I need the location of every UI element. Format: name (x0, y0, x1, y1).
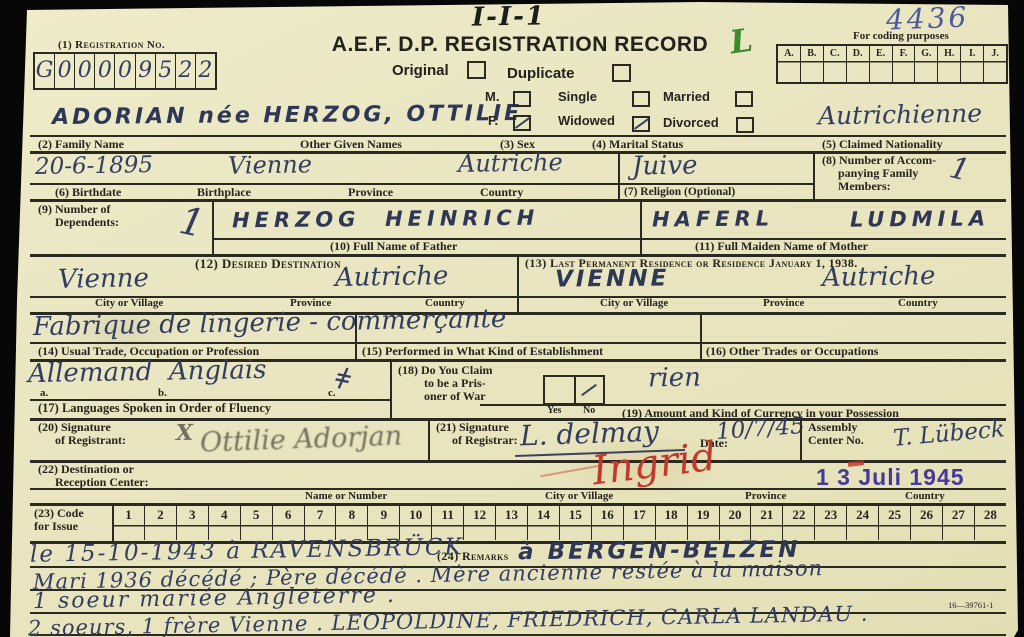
birthdate-label: (6) Birthdate (55, 186, 121, 199)
rule (30, 183, 813, 185)
coding-cell: A. (778, 46, 801, 82)
code-issue-cell: 15 (560, 504, 592, 540)
coding-cell: C. (824, 46, 847, 82)
registration-no-cell: 2 (196, 54, 215, 88)
green-check-mark: L (727, 21, 755, 62)
rec-province-label: Province (745, 491, 786, 503)
code-issue-cell: 2 (145, 504, 177, 540)
code-issue-cell: 17 (624, 504, 656, 540)
languages-label: (17) Languages Spoken in Order of Fluenc… (38, 402, 271, 415)
duplicate-checkbox (612, 64, 631, 82)
pow-label-2: to be a Pris- (424, 377, 486, 390)
widowed-check-mark (634, 119, 649, 130)
code-issue-cell: 27 (943, 504, 975, 540)
residence-country-handwriting: Autriche (822, 261, 936, 293)
sex-m-label: M. (485, 90, 499, 104)
dest-city-label: City or Village (95, 298, 163, 310)
mother-name-handwriting-1: HAFERL (652, 206, 774, 231)
code-issue-cell: 8 (336, 504, 368, 540)
coding-cell: I. (961, 46, 984, 82)
father-name-handwriting: HERZOG HEINRICH (232, 206, 540, 233)
code-issue-grid: 1234567891011121314151617181920212223242… (113, 504, 1006, 540)
pow-label-3: oner of War (424, 390, 486, 403)
form-print-number: 16—39761-1 (948, 601, 993, 610)
birthplace-handwriting: Vienne (228, 150, 312, 179)
code-issue-cell: 25 (879, 504, 911, 540)
father-label: (10) Full Name of Father (330, 240, 457, 253)
assembly-label-2: Center No. (808, 434, 864, 447)
name-or-number-label: Name or Number (305, 491, 387, 503)
single-checkbox (632, 91, 650, 107)
sex-m-checkbox (513, 91, 531, 107)
registrar-sig-label-2: of Registrar: (452, 434, 518, 447)
rule (30, 488, 1006, 490)
code-issue-cell: 19 (688, 504, 720, 540)
birth-country-handwriting: Autriche (458, 148, 563, 178)
code-issue-cell: 4 (209, 504, 241, 540)
country-label: Country (480, 186, 523, 199)
code-issue-cell: 16 (592, 504, 624, 540)
rec-city-label: City or Village (545, 491, 613, 503)
divider (618, 151, 620, 199)
registration-no-grid: G00009522 (33, 52, 217, 90)
lang-b-label: b. (158, 388, 167, 400)
single-label: Single (558, 90, 597, 104)
date-stamp: 1 3 Juli 1945 (816, 464, 965, 491)
reception-label-2: Reception Center: (55, 476, 149, 489)
widowed-checkbox (632, 116, 650, 132)
form-title: A.E.F. D.P. REGISTRATION RECORD (292, 33, 748, 57)
religion-handwriting: Juive (632, 150, 698, 181)
code-issue-cell: 5 (241, 504, 273, 540)
province-label: Province (348, 186, 393, 199)
res-country-label: Country (898, 298, 938, 310)
assembly-label-1: Assembly (808, 421, 857, 434)
birthdate-handwriting: 20-6-1895 (35, 152, 153, 180)
rule (30, 296, 1006, 298)
lang-a-label: a. (40, 388, 48, 400)
pow-no-mark (581, 378, 599, 400)
destination-country-handwriting: Autriche (335, 261, 449, 293)
other-trades-label: (16) Other Trades or Occupations (706, 345, 878, 358)
registration-no-cell: 9 (136, 54, 156, 88)
code-issue-cell: 21 (751, 504, 783, 540)
coding-grid: A.B.C.D.E.F.G.H.I.J. (776, 44, 1008, 84)
accompanying-label-1: (8) Number of Accom- (822, 154, 936, 167)
mother-name-handwriting-2: LUDMILA (850, 206, 990, 231)
divider (640, 199, 642, 254)
divorced-label: Divorced (663, 116, 719, 130)
divider (813, 151, 815, 199)
registration-no-cell: 2 (176, 54, 196, 88)
claimed-nationality-label: (5) Claimed Nationality (822, 138, 943, 151)
rule (30, 199, 1006, 202)
birthplace-label: Birthplace (197, 186, 251, 199)
family-name-label: (2) Family Name (38, 138, 124, 151)
registrant-sig-label-2: of Registrant: (55, 434, 126, 447)
languages-handwriting: Allemand Anglais (28, 355, 267, 389)
divider (700, 312, 702, 359)
divider (800, 418, 802, 460)
code-issue-cell: 3 (177, 504, 209, 540)
name-handwriting: ADORIAN née HERZOG, OTTILIE (52, 101, 522, 130)
coding-purposes-label: For coding purposes (853, 31, 949, 43)
registration-no-cell: 0 (115, 54, 135, 88)
performed-label: (15) Performed in What Kind of Establish… (362, 345, 603, 358)
dependents-label-1: (9) Number of (38, 203, 110, 216)
other-given-names-label: Other Given Names (300, 138, 402, 151)
res-province-label: Province (763, 298, 804, 310)
code-issue-cell: 28 (975, 504, 1006, 540)
divider (428, 418, 430, 460)
sex-f-check-mark (515, 118, 530, 129)
registrant-x-mark: X (176, 420, 194, 446)
religion-label: (7) Religion (Optional) (624, 186, 735, 198)
coding-cell: G. (915, 46, 938, 82)
rec-country-label: Country (905, 491, 945, 503)
code-issue-cell: 20 (720, 504, 752, 540)
code-issue-cell: 1 (113, 504, 145, 540)
nationality-handwriting: Autrichienne (818, 99, 983, 131)
accompanying-label-3: Members: (838, 180, 891, 193)
married-label: Married (663, 90, 710, 104)
divorced-checkbox (736, 117, 754, 133)
registration-no-cell: 0 (95, 54, 115, 88)
coding-cell: J. (984, 46, 1006, 82)
scanned-registration-form: (1) Registration No. G00009522 I-I-1 443… (0, 0, 1024, 637)
code-issue-cell: 14 (528, 504, 560, 540)
marital-status-label: (4) Marital Status (592, 138, 683, 151)
destination-city-handwriting: Vienne (58, 263, 149, 295)
registration-no-cell: 5 (156, 54, 176, 88)
residence-city-handwriting: VIENNE (555, 266, 670, 293)
code-issue-cell: 26 (911, 504, 943, 540)
desired-destination-label: (12) Desired Destination (195, 257, 341, 271)
code-issue-label-1: (23) Code (34, 507, 84, 520)
code-issue-cell: 18 (656, 504, 688, 540)
res-city-label: City or Village (600, 298, 668, 310)
original-checkbox (467, 61, 486, 79)
dependents-label-2: Dependents: (55, 216, 119, 229)
pow-box-divider (574, 375, 576, 405)
code-issue-cell: 24 (847, 504, 879, 540)
code-issue-cell: 7 (305, 504, 337, 540)
accompanying-label-2: panying Family (838, 167, 918, 180)
code-issue-label-2: for Issue (34, 520, 78, 533)
original-label: Original (392, 62, 449, 79)
registration-no-cell: 0 (55, 54, 75, 88)
coding-cell: D. (847, 46, 870, 82)
mother-label: (11) Full Maiden Name of Mother (695, 240, 868, 253)
coding-cell: H. (938, 46, 961, 82)
duplicate-label: Duplicate (507, 65, 575, 82)
widowed-label: Widowed (558, 114, 615, 128)
pow-yes-label: Yes (547, 406, 561, 417)
coding-cell: F. (893, 46, 916, 82)
registrant-sig-label-1: (20) Signature (38, 421, 111, 434)
divider (355, 312, 357, 359)
coding-cell: B. (801, 46, 824, 82)
pow-label-1: (18) Do You Claim (398, 364, 493, 377)
code-issue-cell: 22 (783, 504, 815, 540)
code-issue-cell: 13 (496, 504, 528, 540)
currency-handwriting: rien (648, 363, 701, 394)
form-code-handwriting: I-I-1 (472, 1, 547, 32)
lang-c-label: c. (328, 388, 336, 400)
code-issue-cell: 23 (815, 504, 847, 540)
married-checkbox (735, 91, 753, 107)
registration-no-cell: 0 (75, 54, 95, 88)
registration-no-label: (1) Registration No. (58, 40, 165, 52)
pow-no-label: No (583, 406, 595, 417)
sex-f-label: F. (488, 114, 498, 128)
code-issue-cell: 12 (464, 504, 496, 540)
registrar-sig-label-1: (21) Signature (436, 421, 509, 434)
divider (212, 199, 214, 254)
reception-label-1: (22) Destination or (38, 463, 134, 476)
sex-f-checkbox (513, 115, 531, 131)
registration-no-cell: G (35, 54, 55, 88)
divider (517, 254, 519, 312)
coding-cell: E. (870, 46, 893, 82)
code-issue-cell: 6 (273, 504, 305, 540)
divider (390, 359, 392, 418)
